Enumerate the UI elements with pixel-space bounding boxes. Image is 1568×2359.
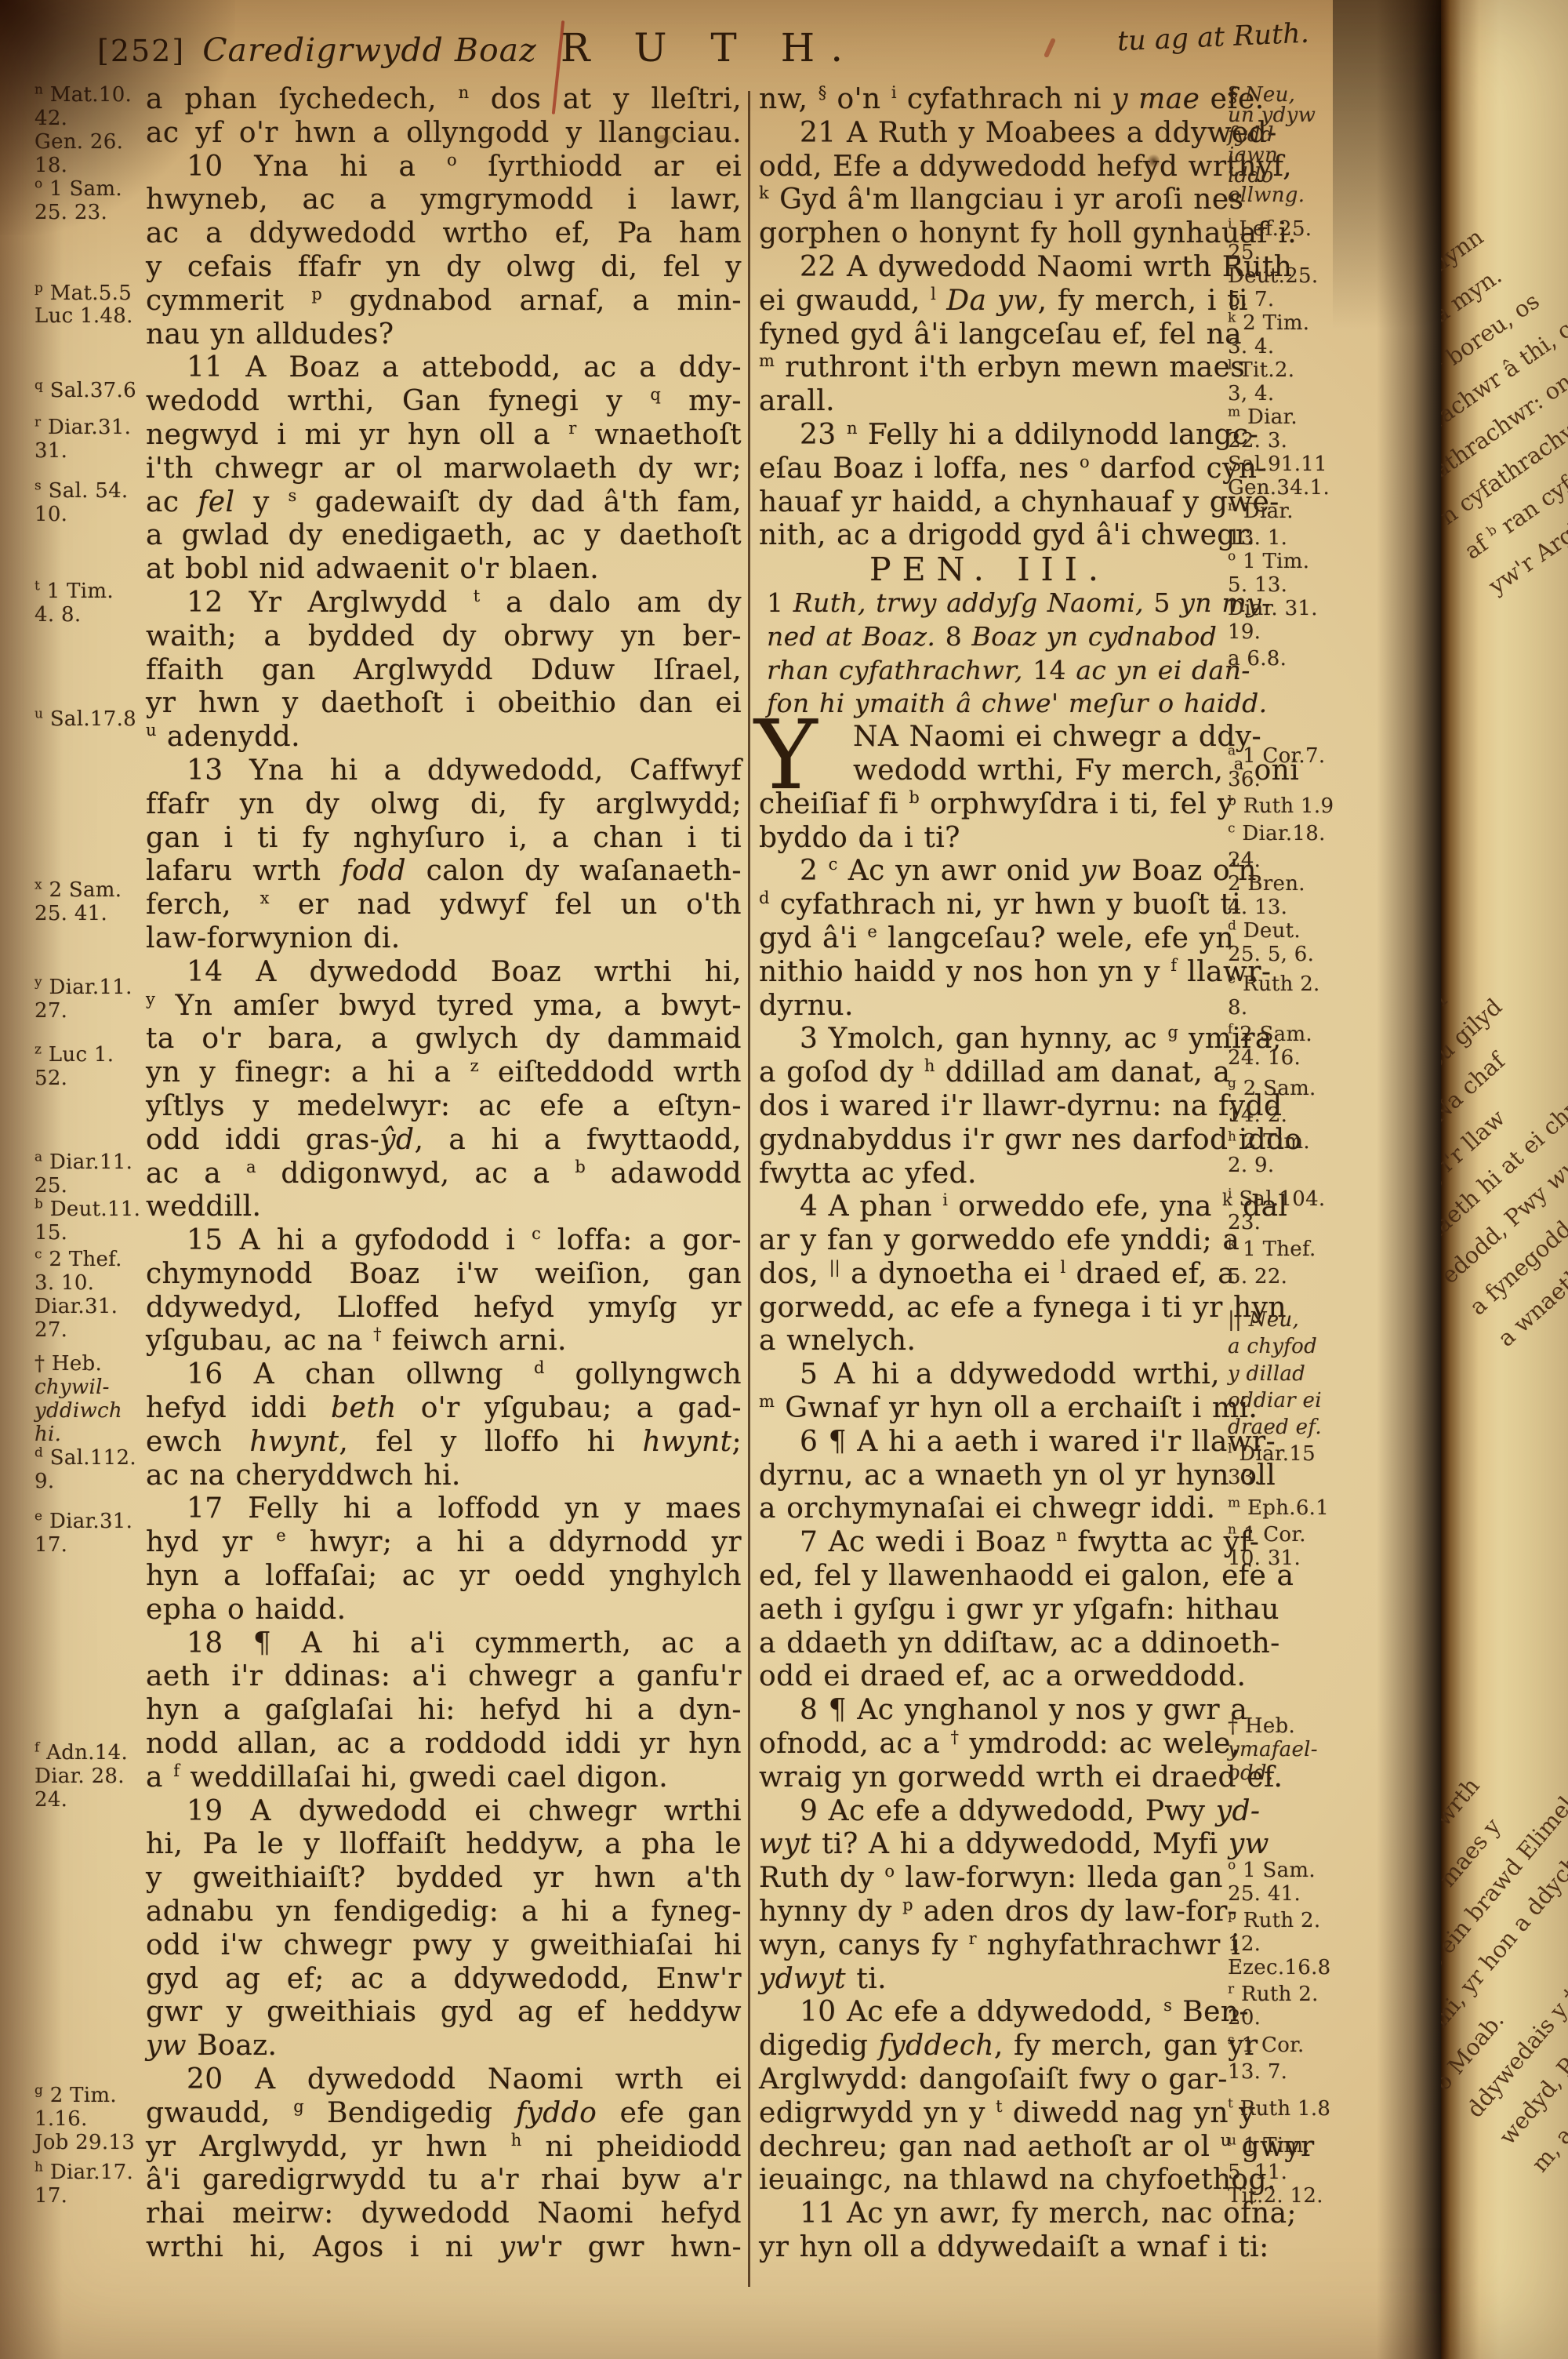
margin-note: 15.	[34, 1221, 144, 1245]
text-line: 22 A dywedodd Naomi wrth Ruth	[759, 251, 1220, 285]
margin-note: k 1 Thef.	[1228, 1238, 1388, 1261]
margin-note: o 1 Tim.	[1228, 550, 1388, 573]
smudge-stain	[652, 135, 676, 144]
margin-note: ollwng.	[1228, 184, 1388, 207]
margin-note: 24. 16.	[1228, 1046, 1388, 1070]
margin-note: Diar.31.	[34, 1295, 144, 1318]
margin-note: t 1 Tim.	[34, 580, 144, 603]
margin-note: u 1 Tim.	[1228, 2134, 1388, 2157]
text-line: wraig yn gorwedd wrth ei draed ef.	[759, 1761, 1220, 1795]
left-margin-notes: n Mat.10.42.Gen. 26.18.o 1 Sam.25. 23.p …	[34, 83, 144, 2357]
margin-note: 20.	[1228, 2006, 1388, 2030]
text-line: wyn, canys fy r nghyfathrachwr i	[759, 1929, 1220, 1963]
text-line: waith; a bydded dy obrwy yn ber-	[146, 620, 742, 654]
margin-note: 27.	[34, 1318, 144, 1342]
text-line: a orchymynaſai ei chwegr iddi.	[759, 1492, 1220, 1526]
text-line: gan i ti fy nghyſuro i, a chan i ti	[146, 822, 742, 856]
margin-note: hi.	[34, 1423, 144, 1446]
facing-page-fragment: dd eiddo ein brawd Elimel	[1441, 1634, 1568, 2046]
text-line: digedig fyddech, fy merch, gan yr	[759, 2030, 1220, 2063]
text-line: cheiſiaf fi b orphwyſdra i ti, fel y	[759, 788, 1220, 822]
text-area: n Mat.10.42.Gen. 26.18.o 1 Sam.25. 23.p …	[0, 83, 1568, 2357]
text-line: wedodd wrthi, Fy merch, a oni	[759, 754, 1220, 788]
margin-note: 10.	[34, 503, 144, 526]
margin-note: 1.16.	[34, 2107, 144, 2131]
margin-note: Deut.25.	[1228, 264, 1388, 288]
facing-page-fragment: wraig i'r llaw	[1441, 864, 1568, 1231]
text-line: ac fel y s gadewaiſt dy dad â'th fam,	[146, 486, 742, 520]
text-line: dyrnu, ac a wnaeth yn ol yr hyn oll	[759, 1459, 1220, 1493]
margin-note: 2 Bren.	[1228, 872, 1388, 896]
text-line: ddywedyd, Lloffed hefyd ymyſg yr	[146, 1292, 742, 1325]
text-line: â'i garedigrwydd tu a'r rhai byw a'r	[146, 2164, 742, 2197]
text-line: yw Boaz.	[146, 2030, 742, 2063]
margin-note: r Diar.31.	[34, 416, 144, 439]
margin-note: u Sal.17.8	[34, 707, 144, 731]
margin-note: b Deut.11.	[34, 1198, 144, 1221]
margin-note: 17.	[34, 1533, 144, 1557]
text-line: a gwlad dy enedigaeth, ac y daethoſt	[146, 519, 742, 553]
text-line: 17 Felly hi a loffodd yn y maes	[146, 1492, 742, 1526]
margin-note: t Ruth 1.8	[1228, 2097, 1388, 2121]
text-line: i'th chwegr ar ol marwolaeth dy wr;	[146, 453, 742, 486]
margin-note: 12.	[1228, 1932, 1388, 1956]
margin-note: p Mat.5.5	[34, 282, 144, 305]
margin-note: 18.	[34, 154, 144, 177]
text-line: rhai meirw: dywedodd Naomi hefyd	[146, 2197, 742, 2231]
facing-page-fragment: edodd, Pwy wyt ti	[1441, 928, 1568, 1295]
text-line: a goſod dy h ddillad am danat, a	[759, 1056, 1220, 1090]
text-line: odd iddi gras-ŷd, a hi a fwyttaodd,	[146, 1124, 742, 1158]
margin-note: Ezec.16.8	[1228, 1956, 1388, 1979]
text-line: 4 A phan i orweddo efe, yna k dal	[759, 1190, 1220, 1224]
margin-note: 13. 7.	[1228, 2060, 1388, 2084]
facing-page-fragment: o Moab.	[1441, 1688, 1568, 2100]
margin-note: 31.	[34, 439, 144, 463]
margin-note: y Diar.11.	[34, 976, 144, 999]
facing-page-fragment: fathrachwr â thi, c	[1441, 144, 1568, 467]
text-line: wedodd wrthi, Gan fynegi y q my-	[146, 385, 742, 419]
facing-page-fragment: wedyd, Pryn ef ger bro	[1488, 1743, 1568, 2155]
margin-note: 24.	[1228, 849, 1388, 872]
text-line: u adenydd.	[146, 721, 742, 754]
text-line: ieuaingc, na thlawd na chyfoethog.	[759, 2164, 1220, 2197]
book-title: R U T H.	[541, 25, 878, 71]
facing-page-fragment: af b ran cyfathrach	[1455, 249, 1568, 571]
margin-note: o 1 Sam.	[1228, 1859, 1388, 1882]
text-line: a phan ſychedech, n dos at y lleſtri,	[146, 83, 742, 117]
text-line: yr hyn oll a ddywedaiſt a wnaf i ti:	[759, 2231, 1220, 2265]
text-line: y cefais ffafr yn dy olwg di, fel y	[146, 251, 742, 285]
text-line: gwaudd, g Bendigedig fyddo efe gan	[146, 2097, 742, 2131]
text-line: arall.	[759, 385, 1220, 419]
text-line: 12 Yr Arglwydd t a dalo am dy	[146, 587, 742, 620]
running-title-right: tu ag at Ruth.	[1116, 18, 1309, 58]
right-column-lines: nw, § o'n i cyfathrach ni y mae efe.21 A…	[759, 83, 1220, 2265]
text-line: 18 ¶ A hi a'i cymmerth, ac a	[146, 1627, 742, 1661]
margin-note: n 1 Cor.	[1228, 1523, 1388, 1547]
margin-note: 25.	[34, 1174, 144, 1198]
right-margin-notes: § Neu,un ydywfyddiawniddoollwng.i Lef.25…	[1228, 83, 1388, 2357]
text-line: hefyd iddi beth o'r yſgubau; a gad-	[146, 1392, 742, 1426]
text-line: ffafr yn dy olwg di, fy arglwydd;	[146, 788, 742, 822]
facing-page-fragment: Naomi, yr hon a ddychw	[1441, 1662, 1568, 2074]
margin-note: a 1 Cor.7.	[1228, 744, 1388, 768]
text-line: hyn a gaſglaſai hi: hefyd hi a dyn-	[146, 1694, 742, 1728]
text-line: 16 A chan ollwng d gollyngwch	[146, 1358, 742, 1392]
margin-note: 27.	[34, 999, 144, 1023]
text-line: gyd ag ef; ac a ddywedodd, Enw'r	[146, 1963, 742, 1997]
facing-page-fragment: vaenai neb eu gilyd	[1441, 801, 1568, 1169]
margin-note: h 2 Tim.	[1228, 1130, 1388, 1154]
facing-page-fragment: dalus y ddina	[1441, 1553, 1568, 1965]
margin-note: 25.	[1228, 241, 1388, 264]
margin-note: l Diar.15	[1228, 1442, 1388, 1466]
margin-note: 3. 10.	[34, 1271, 144, 1295]
margin-note: a Diar.11.	[34, 1150, 144, 1174]
text-line: 7 Ac wedi i Boaz n fwytta ac yf-	[759, 1526, 1220, 1560]
margin-note: y dillad	[1228, 1362, 1388, 1386]
margin-note: 9.	[34, 1470, 144, 1493]
facing-page-fragment: a orweddodd wrth	[1441, 739, 1568, 1106]
text-line: wrthi hi, Agos i ni yw'r gwr hwn-	[146, 2231, 742, 2265]
margin-note: 3. 4.	[1228, 335, 1388, 358]
text-line: gyd â'i e langceſau? wele, efe yn	[759, 922, 1220, 956]
margin-note: g 2 Sam.	[1228, 1077, 1388, 1100]
facing-page-fragment: boreu: a hi a gyf	[1441, 770, 1568, 1137]
text-line: a f weddillaſai hi, gwedi cael digon.	[146, 1761, 742, 1795]
gutter-shadow	[1377, 0, 1443, 2359]
text-line: y Yn amſer bwyd tyred yma, a bwyt-	[146, 990, 742, 1023]
margin-note: e Ruth 2.	[1228, 972, 1388, 996]
text-line: 15 A hi a gyfododd i c loffa: a gor-	[146, 1224, 742, 1258]
left-column: a phan ſychedech, n dos at y lleſtri,ac …	[146, 83, 742, 2265]
facing-page-fragment: awr gwir y	[1441, 5, 1568, 328]
text-line: yr hwn y daethoſt i obeithio dan ei	[146, 687, 742, 721]
margin-note: b Ruth 1.9	[1228, 794, 1388, 818]
margin-note: draed ef.	[1228, 1416, 1388, 1439]
text-line: ffaith gan Arglwydd Dduw Iſrael,	[146, 654, 742, 688]
text-line: dos i wared i'r llawr-dyrnu: na fydd	[759, 1090, 1220, 1124]
margin-note: d Sal.112.	[34, 1446, 144, 1470]
margin-note: † Heb.	[34, 1352, 144, 1376]
text-line: ewch hwynt, fel y lloffo hi hwynt;	[146, 1426, 742, 1459]
text-line: chymynodd Boaz i'w weiſion, gan	[146, 1258, 742, 1292]
margin-note: n Diar.	[1228, 500, 1388, 523]
margin-note: 10. 31.	[1228, 1547, 1388, 1570]
margin-note: 3, 4.	[1228, 382, 1388, 405]
margin-note: s Sal. 54.	[34, 479, 144, 503]
facing-page-fragment: a wnaethai'r gwr idd	[1487, 990, 1568, 1358]
text-line: adnabu yn fendigedig: a hi a fyneg-	[146, 1896, 742, 1929]
margin-note: Gen.34.1.	[1228, 476, 1388, 500]
margin-note: s 1 Cor.	[1228, 2034, 1388, 2057]
facing-page-fragment: edodd, c Na chaf	[1441, 833, 1568, 1200]
text-line: at bobl nid adwaenit o'r blaen.	[146, 553, 742, 587]
text-line: dos, || a dynoetha ei l draed ef, a	[759, 1258, 1220, 1292]
margin-note: Gen. 26.	[34, 130, 144, 154]
ink-stain	[1148, 154, 1160, 169]
text-line: 8 ¶ Ac ynghanol y nos y gwr a	[759, 1694, 1220, 1728]
margin-note: 19.	[1228, 620, 1388, 644]
margin-note: 25. 5, 6.	[1228, 943, 1388, 966]
text-line: negwyd i mi yr hyn oll a r wnaethoſt	[146, 419, 742, 453]
margin-note: 4. 13.	[1228, 896, 1388, 919]
text-line: hauaf yr haidd, a chynhauaf y gwe-	[759, 486, 1220, 520]
text-line: 13 Yna hi a ddywedodd, Caffwyf	[146, 754, 742, 788]
margin-note: i Lef.25.	[1228, 217, 1388, 241]
text-line: fon hi ymaith â chwe' meſur o haidd.	[759, 687, 1220, 721]
text-line: PEN. III.	[759, 553, 1220, 587]
margin-note: yddiwch	[34, 1399, 144, 1423]
facing-page-fragment: yfathrachwr: ond	[1441, 179, 1568, 501]
facing-page-fragment: ddaeth hi at ei chwe	[1441, 896, 1568, 1263]
margin-note: e Diar.31.	[34, 1510, 144, 1533]
text-line: edigrwydd yn y t diwedd nag yn y	[759, 2097, 1220, 2131]
margin-note: k 2 Tim.	[1228, 311, 1388, 335]
margin-note: 23.	[1228, 1211, 1388, 1234]
text-line: gorwedd, ac efe a fynega i ti yr hyn	[759, 1292, 1220, 1325]
margin-note: i Sal.104.	[1228, 1187, 1388, 1211]
margin-note: odd.	[1228, 1761, 1388, 1785]
text-line: odd i'w chwegr pwy y gweithiaſai hi	[146, 1929, 742, 1963]
text-line: odd ei draed ef, ac a orweddodd.	[759, 1660, 1220, 1694]
text-line: 3 Ymolch, gan hynny, ac g ymira,	[759, 1023, 1220, 1056]
text-line: 9 Ac efe a ddywedodd, Pwy yd-	[759, 1795, 1220, 1829]
page-number: [252]	[97, 34, 185, 68]
text-line: nau yn alldudes?	[146, 318, 742, 352]
margin-note: 33.	[1228, 1466, 1388, 1489]
text-line: yn y finegr: a hi a z eiſteddodd wrth	[146, 1056, 742, 1090]
margin-note: o 1 Sam.	[34, 177, 144, 201]
text-line: yſgubau, ac na † feiwch arni.	[146, 1325, 742, 1358]
text-line: gydnabyddus i'r gwr nes darfod iddo	[759, 1124, 1220, 1158]
drop-cap-initial: Y	[754, 707, 818, 803]
text-line: epha o haidd.	[146, 1594, 742, 1627]
text-line: eſau Boaz i loffa, nes o darfod cyn-	[759, 453, 1220, 486]
text-line: gorphen o honynt fy holl gynhauaf i.	[759, 217, 1220, 251]
margin-note: 5. 11.	[1228, 2161, 1388, 2184]
book-page: [252]Caredigrwydd Boaz R U T H. tu ag at…	[0, 0, 1568, 2359]
facing-page-fragment: ach nes nâ myn.	[1441, 75, 1568, 398]
margin-note: m Diar.	[1228, 405, 1388, 429]
text-line: ned at Boaz. 8 Boaz yn cydnabod	[759, 620, 1220, 654]
text-line: hynny dy p aden dros dy law-for-	[759, 1896, 1220, 1929]
text-line: ac a a ddigonwyd, ac a b adawodd	[146, 1158, 742, 1191]
margin-note: Sal.91.11	[1228, 453, 1388, 476]
text-line: ed, fel y llawenhaodd ei galon, efe a	[759, 1560, 1220, 1594]
running-title-left: Caredigrwydd Boaz	[202, 31, 537, 69]
text-line: ac yf o'r hwn a ollyngodd y llangciau.	[146, 117, 742, 151]
facing-page-fragment: efe a ddywedodd wrth	[1441, 1579, 1568, 1991]
facing-page-text-bottom: dalus y ddinaefe a ddywedodd wrthr, Y rh…	[1441, 1553, 1568, 2292]
running-header-left: [252]Caredigrwydd Boaz	[97, 31, 537, 69]
margin-note: 25. 41.	[34, 902, 144, 925]
text-line: a ddaeth yn ddiſtaw, ac a ddinoeth-	[759, 1627, 1220, 1661]
margin-note: h Diar.17.	[34, 2161, 144, 2184]
margin-note: q Sal.37.6	[34, 379, 144, 402]
text-line: hyn a loffaſai; ac yr oedd ynghylch	[146, 1560, 742, 1594]
margin-note: Tit.2. 12.	[1228, 2184, 1388, 2208]
margin-note: 24.	[34, 1788, 144, 1812]
text-line: 11 A Boaz a attebodd, ac a ddy-	[146, 351, 742, 385]
text-line: nw, § o'n i cyfathrach ni y mae efe.	[759, 83, 1220, 117]
text-line: hi, Pa le y lloffaiſt heddyw, a pha le	[146, 1828, 742, 1862]
text-line: k Gyd â'm llangciau i yr aroſi nes	[759, 184, 1220, 217]
text-line: aeth i gyſgu i gwr yr yſgafn: hithau	[759, 1594, 1220, 1627]
text-line: 11 Ac yn awr, fy merch, nac ofna;	[759, 2197, 1220, 2231]
text-line: aeth i'r ddinas: a'i chwegr a ganfu'r	[146, 1660, 742, 1694]
margin-note: 22. 3.	[1228, 429, 1388, 453]
margin-note: z Luc 1.	[34, 1043, 144, 1067]
text-line: 6 ¶ A hi a aeth i wared i'r llawr-	[759, 1426, 1220, 1459]
margin-note: 5, 7.	[1228, 288, 1388, 311]
margin-note: 42.	[34, 107, 144, 130]
margin-note: a chyfod	[1228, 1335, 1388, 1358]
margin-note: ymafael-	[1228, 1738, 1388, 1761]
facing-page-fragment: os rhyddhai, rhyddha	[1552, 1797, 1568, 2209]
text-line: rhan cyfathrachwr, 14 ac yn ei dan-	[759, 654, 1220, 688]
margin-note: † Heb.	[1228, 1714, 1388, 1738]
margin-note: 52.	[34, 1067, 144, 1090]
text-line: fyned gyd â'i langceſau ef, fel na	[759, 318, 1220, 352]
text-line: 21 A Ruth y Moabees a ddywed-	[759, 117, 1220, 151]
text-line: 10 Yna hi a o ſyrthiodd ar ei	[146, 151, 742, 184]
page-header: [252]Caredigrwydd Boaz R U T H. tu ag at…	[0, 20, 1568, 83]
text-line: hyd yr e hwyr; a hi a ddyrnodd yr	[146, 1526, 742, 1560]
text-line: m ruthront i'th erbyn mewn maes	[759, 351, 1220, 385]
facing-page-fragment: r gwir y bynn	[1441, 0, 1568, 293]
text-line: ac a ddywedodd wrtho ef, Pa ham	[146, 217, 742, 251]
facing-page-fragment: wr agos: er hynn	[1441, 40, 1568, 362]
text-line: d cyfathrach ni, yr hwn y buoſt ti	[759, 889, 1220, 922]
margin-note: a 6.8.	[1228, 647, 1388, 671]
margin-note: 4. 8.	[34, 603, 144, 627]
text-line: law-forwynion di.	[146, 922, 742, 956]
margin-note: f 2 Sam.	[1228, 1023, 1388, 1046]
margin-note: 25. 41.	[1228, 1882, 1388, 1906]
facing-page-fragment: m, a cher bron f henuriai	[1520, 1770, 1568, 2182]
facing-page-fragment: ddywedais y † mynegwn i ti	[1455, 1716, 1568, 2128]
text-line: NA Naomi ei chwegr a ddy-	[759, 721, 1220, 754]
facing-page-fragment: a fynegodd iddi'r h	[1459, 959, 1568, 1326]
text-line: yr Arglwydd, yr hwn h ni pheidiodd	[146, 2131, 742, 2165]
facing-page-fragment: r, Y rhan o'r e maes y	[1441, 1607, 1568, 2019]
text-line: Arglwydd: dangoſaiſt fwy o gar-	[759, 2063, 1220, 2097]
text-line: 10 Ac efe a ddywedodd, s Ben-	[759, 1996, 1220, 2030]
text-line: 5 A hi a ddywedodd wrthi,	[759, 1358, 1220, 1392]
facing-page-fragment: yw'r Arglwydd: cw	[1479, 283, 1568, 605]
text-line: lafaru wrth fodd calon dy waſanaeth-	[146, 855, 742, 889]
margin-note: 5. 22.	[1228, 1265, 1388, 1289]
margin-note: 5. 13.	[1228, 573, 1388, 597]
text-line: nithio haidd y nos hon yn y f llawr-	[759, 956, 1220, 990]
margin-note: 8.	[1228, 996, 1388, 1020]
margin-note: r Ruth 2.	[1228, 1983, 1388, 2006]
text-line: nodd allan, ac a roddodd iddi yr hyn	[146, 1728, 742, 1761]
margin-note: d Deut.	[1228, 919, 1388, 943]
margin-note: p Ruth 2.	[1228, 1909, 1388, 1932]
margin-note: g 2 Tim.	[34, 2084, 144, 2107]
margin-note: Luc 1.48.	[34, 304, 144, 328]
text-line: ydwyt ti.	[759, 1963, 1220, 1997]
text-line: 2 c Ac yn awr onid yw Boaz o'n	[759, 855, 1220, 889]
facing-page-fragment: no; a'r a boreu, os	[1441, 110, 1568, 432]
text-line: m Gwnaf yr hyn oll a erchaiſt i mi.	[759, 1392, 1220, 1426]
text-line: Ruth dy o law-forwyn: lleda gan	[759, 1862, 1220, 1896]
text-line: 23 n Felly hi a ddilynodd langc-	[759, 419, 1220, 453]
margin-note: f Adn.14.	[34, 1741, 144, 1765]
margin-note: oddiar ei	[1228, 1389, 1388, 1412]
column-divider-rule	[748, 91, 750, 2287]
margin-note: 2. 9.	[1228, 1154, 1388, 1177]
margin-note: c Diar.18.	[1228, 822, 1388, 845]
margin-note: 14. 2.	[1228, 1103, 1388, 1127]
margin-note: Job 29.13	[34, 2131, 144, 2154]
margin-note: 17.	[34, 2184, 144, 2208]
text-line: 14 A dywedodd Boaz wrthi hi,	[146, 956, 742, 990]
text-line: dechreu; gan nad aethoſt ar ol u gwyr	[759, 2131, 1220, 2165]
text-line: ei gwaudd, l Da yw, fy merch, i ti	[759, 285, 1220, 318]
margin-note: 13. 1.	[1228, 526, 1388, 550]
margin-note: Diar. 31.	[1228, 597, 1388, 620]
text-line: 20 A dywedodd Naomi wrth ei	[146, 2063, 742, 2097]
right-column: Y nw, § o'n i cyfathrach ni y mae efe.21…	[759, 83, 1220, 2265]
text-line: cymmerit p gydnabod arnaf, a min-	[146, 285, 742, 318]
margin-note: 36.	[1228, 768, 1388, 791]
facing-page-text-top: r gwir y bynnawr gwir ywr agos: er hynna…	[1441, 0, 1568, 605]
margin-note: || Neu,	[1228, 1308, 1388, 1332]
margin-note: chywil-	[34, 1376, 144, 1399]
text-line: wyt ti? A hi a ddywedodd, Myfi yw	[759, 1828, 1220, 1862]
text-line: 19 A dywedodd ei chwegr wrthi	[146, 1795, 742, 1829]
text-line: ferch, x er nad ydwyf fel un o'th	[146, 889, 742, 922]
margin-note: m Eph.6.1	[1228, 1496, 1388, 1520]
text-line: 1 Ruth, trwy addyſg Naomi, 5 yn my-	[759, 587, 1220, 620]
text-line: gwr y gweithiais gyd ag ef heddyw	[146, 1996, 742, 2030]
margin-note: 25. 23.	[34, 201, 144, 224]
facing-page-text-middle: a orweddodd wrthboreu: a hi a gyfvaenai …	[1441, 739, 1568, 1358]
text-line: ac na cheryddwch hi.	[146, 1459, 742, 1493]
text-line: fwytta ac yfed.	[759, 1158, 1220, 1191]
text-line: weddill.	[146, 1190, 742, 1224]
margin-note: n Mat.10.	[34, 83, 144, 107]
margin-note: x 2 Sam.	[34, 878, 144, 902]
facing-page-fragment: n cyfathrachwr â th	[1441, 214, 1568, 536]
margin-note: c 2 Thef.	[34, 1248, 144, 1271]
facing-page-edge: r gwir y bynnawr gwir ywr agos: er hynna…	[1441, 0, 1568, 2359]
text-line: a wnelych.	[759, 1325, 1220, 1358]
text-line: ofnodd, ac a † ymdrodd: ac wele,	[759, 1728, 1220, 1761]
text-line: nith, ac a drigodd gyd â'i chwegr.	[759, 519, 1220, 553]
text-line: hwyneb, ac a ymgrymodd i lawr,	[146, 184, 742, 217]
margin-note: Diar. 28.	[34, 1765, 144, 1788]
text-line: yſtlys y medelwyr: ac efe a eſtyn-	[146, 1090, 742, 1124]
text-line: y gweithiaiſt? bydded yr hwn a'th	[146, 1862, 742, 1896]
text-line: ta o'r bara, a gwlych dy dammaid	[146, 1023, 742, 1056]
margin-note: l Tit.2.	[1228, 358, 1388, 382]
text-line: dyrnu.	[759, 990, 1220, 1023]
text-line: ar y fan y gorweddo efe ynddi; a	[759, 1224, 1220, 1258]
text-line: byddo da i ti?	[759, 822, 1220, 856]
